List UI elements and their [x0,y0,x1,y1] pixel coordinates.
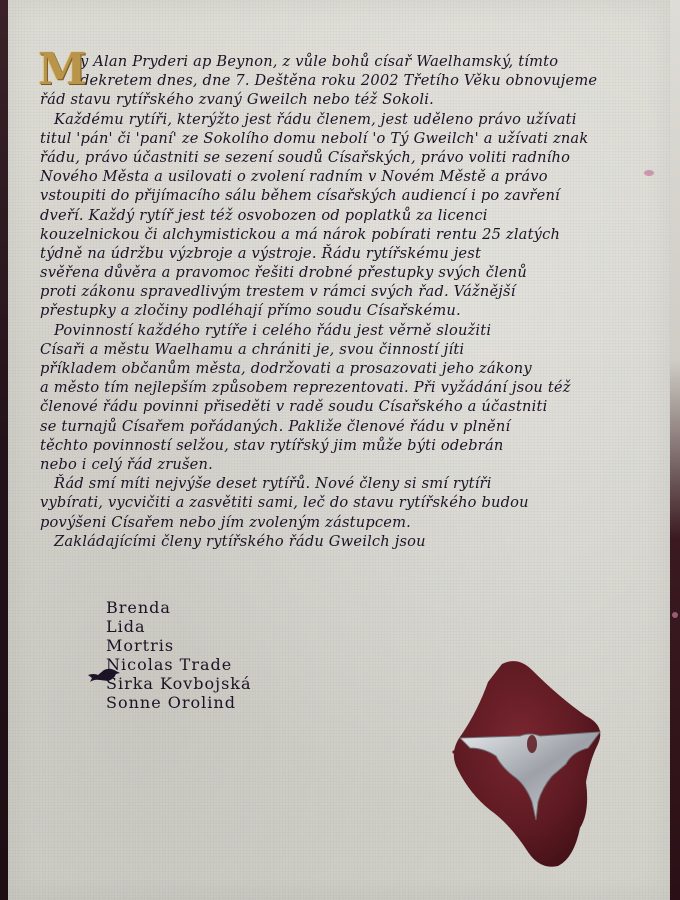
decree-line: dveří. Každý rytíř jest též osvobozen od… [40,206,640,225]
founding-members-list: Brenda Lida Mortris Nicolas Trade Sirka … [106,598,252,712]
member-name: Mortris [106,636,252,655]
decree-line: Císaři a městu Waelhamu a chrániti je, s… [40,340,640,359]
member-name: Sirka Kovbojská [106,674,252,693]
decree-line: y Alan Pryderi ap Beynon, z vůle bohů cí… [40,52,640,71]
decree-line: příkladem občanům města, dodržovati a pr… [40,359,640,378]
decree-line: Nového Města a usilovati o zvolení radní… [40,167,640,186]
member-name: Brenda [106,598,252,617]
decree-line: svěřena důvěra a pravomoc řešiti drobné … [40,263,640,282]
member-name: Lida [106,617,252,636]
pink-ink-spot [672,612,678,618]
decree-line: přestupky a zločiny podléhají přímo soud… [40,301,640,320]
decree-line: dekretem dnes, dne 7. Deštěna roku 2002 … [40,71,640,90]
decree-line: řádu, právo účastniti se sezení soudů Cí… [40,148,640,167]
decree-line: povýšeni Císařem nebo jím zvoleným zástu… [40,513,640,532]
wax-seal-icon [440,652,605,872]
decree-line: vybírati, vycvičiti a zasvětiti sami, le… [40,493,640,512]
gilded-initial-letter: M [38,48,87,92]
member-name: Nicolas Trade [106,655,252,674]
decree-line: titul 'pán' či 'paní' ze Sokolího domu n… [40,129,640,148]
decree-line: Povinností každého rytíře i celého řádu … [40,321,640,340]
decree-line: a město tím nejlepším způsobem reprezent… [40,378,640,397]
decree-line: Zakládajícími členy rytířského řádu Gwei… [40,532,640,551]
decree-line: řád stavu rytířského zvaný Gweilch nebo … [40,90,640,109]
decree-line: vstoupiti do přijímacího sálu během císa… [40,186,640,205]
decree-line: nebo i celý řád zrušen. [40,455,640,474]
decree-text: M y Alan Pryderi ap Beynon, z vůle bohů … [40,52,640,551]
decree-line: Každému rytíři, kterýžto jest řádu člene… [40,110,640,129]
decree-line: se turnajů Císařem pořádaných. Pakliže č… [40,417,640,436]
decree-line: proti zákonu spravedlivým trestem v rámc… [40,282,640,301]
decree-line: týdně na údržbu výzbroje a výstroje. Řád… [40,244,640,263]
pink-ink-spot [644,170,654,176]
member-name: Sonne Orolind [106,693,252,712]
ink-blot-bird-icon [86,666,122,684]
decree-line: těchto povinností selžou, stav rytířský … [40,436,640,455]
decree-line: kouzelnickou či alchymistickou a má náro… [40,225,640,244]
decree-line: Řád smí míti nejvýše deset rytířů. Nové … [40,474,640,493]
decree-line: členové řádu povinni přiseděti v radě so… [40,397,640,416]
